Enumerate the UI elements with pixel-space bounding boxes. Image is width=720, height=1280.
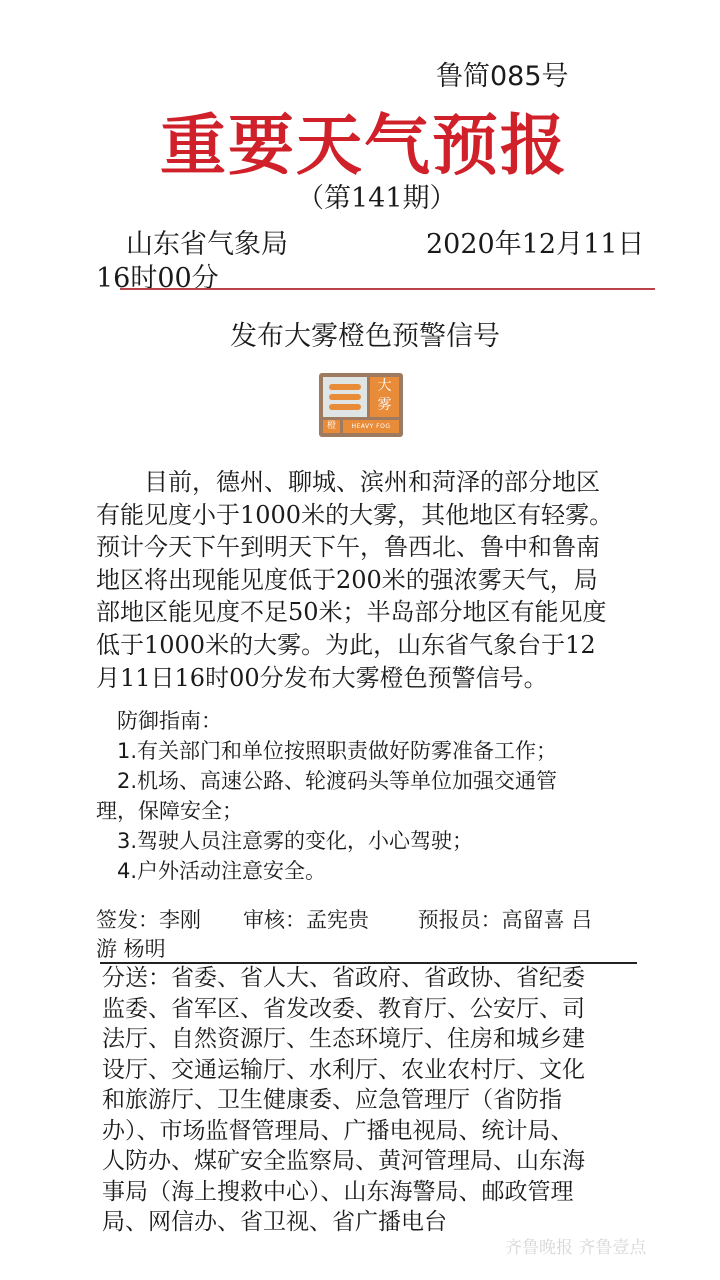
document-number: 鲁简085号 [436,54,569,93]
distribution-line: 分送：省委、省人大、省政府、省政协、省纪委 [102,963,662,994]
guide-item: 理，保障安全； [96,796,656,826]
fog-bar [329,384,361,390]
distribution-line: 设厅、交通运输厅、水利厅、农业农村厅、文化 [102,1055,662,1086]
guide-item: 3.驾驶人员注意雾的变化，小心驾驶； [96,826,656,856]
body-line: 有能见度小于1000米的大雾，其他地区有轻雾。 [96,499,656,532]
guide-item: 1.有关部门和单位按照职责做好防雾准备工作； [96,736,656,766]
distribution-line: 法厅、自然资源厅、生态环境厅、住房和城乡建 [102,1024,662,1055]
distribution-list: 分送：省委、省人大、省政府、省政协、省纪委 监委、省军区、省发改委、教育厅、公安… [102,963,662,1238]
badge-label-cn: 大雾 [370,377,399,417]
body-line: 地区将出现能见度低于200米的强浓雾天气，局 [96,564,656,597]
issue-date: 2020年12月11日 [426,222,644,261]
fog-bar [329,404,361,410]
signature-line: 游 杨明 [96,935,656,964]
badge-level: 橙 [323,420,340,433]
body-line: 预计今天下午到明天下午，鲁西北、鲁中和鲁南 [96,531,656,564]
body-line: 低于1000米的大雾。为此，山东省气象台于12 [96,629,656,662]
issue-number: （第141期） [297,176,457,215]
signature-line: 签发：李刚 审核：孟宪贵 预报员：高留喜 吕 [96,906,656,935]
defense-guide: 防御指南： 1.有关部门和单位按照职责做好防雾准备工作； 2.机场、高速公路、轮… [96,706,656,886]
distribution-line: 人防办、煤矿安全监察局、黄河管理局、山东海 [102,1146,662,1177]
header-divider [120,288,655,290]
distribution-line: 办）、市场监督管理局、广播电视局、统计局、 [102,1116,662,1147]
body-line: 月11日16时00分发布大雾橙色预警信号。 [96,662,656,695]
warning-subtitle: 发布大雾橙色预警信号 [230,314,500,353]
distribution-line: 和旅游厅、卫生健康委、应急管理厅（省防指 [102,1085,662,1116]
body-line: 目前，德州、聊城、滨州和菏泽的部分地区 [96,466,656,499]
fog-bars-icon [323,377,367,417]
heavy-fog-orange-warning-icon: 大雾 橙 HEAVY FOG [319,373,403,437]
badge-label-cn-text: 大雾 [378,377,392,415]
guide-item: 4.户外活动注意安全。 [96,856,656,886]
document-title: 重要天气预报 [160,92,568,187]
distribution-line: 监委、省军区、省发改委、教育厅、公安厅、司 [102,994,662,1025]
distribution-line: 事局（海上搜救中心）、山东海警局、邮政管理 [102,1177,662,1208]
guide-title: 防御指南： [96,706,656,736]
body-line: 部地区能见度不足50米；半岛部分地区有能见度 [96,596,656,629]
fog-bar [329,394,361,400]
badge-label-en: HEAVY FOG [343,420,399,433]
signature-block: 签发：李刚 审核：孟宪贵 预报员：高留喜 吕 游 杨明 [96,906,656,964]
watermark: 齐鲁晚报 齐鲁壹点 [505,1233,646,1258]
guide-item: 2.机场、高速公路、轮渡码头等单位加强交通管 [96,766,656,796]
warning-body: 目前，德州、聊城、滨州和菏泽的部分地区 有能见度小于1000米的大雾，其他地区有… [96,466,656,694]
